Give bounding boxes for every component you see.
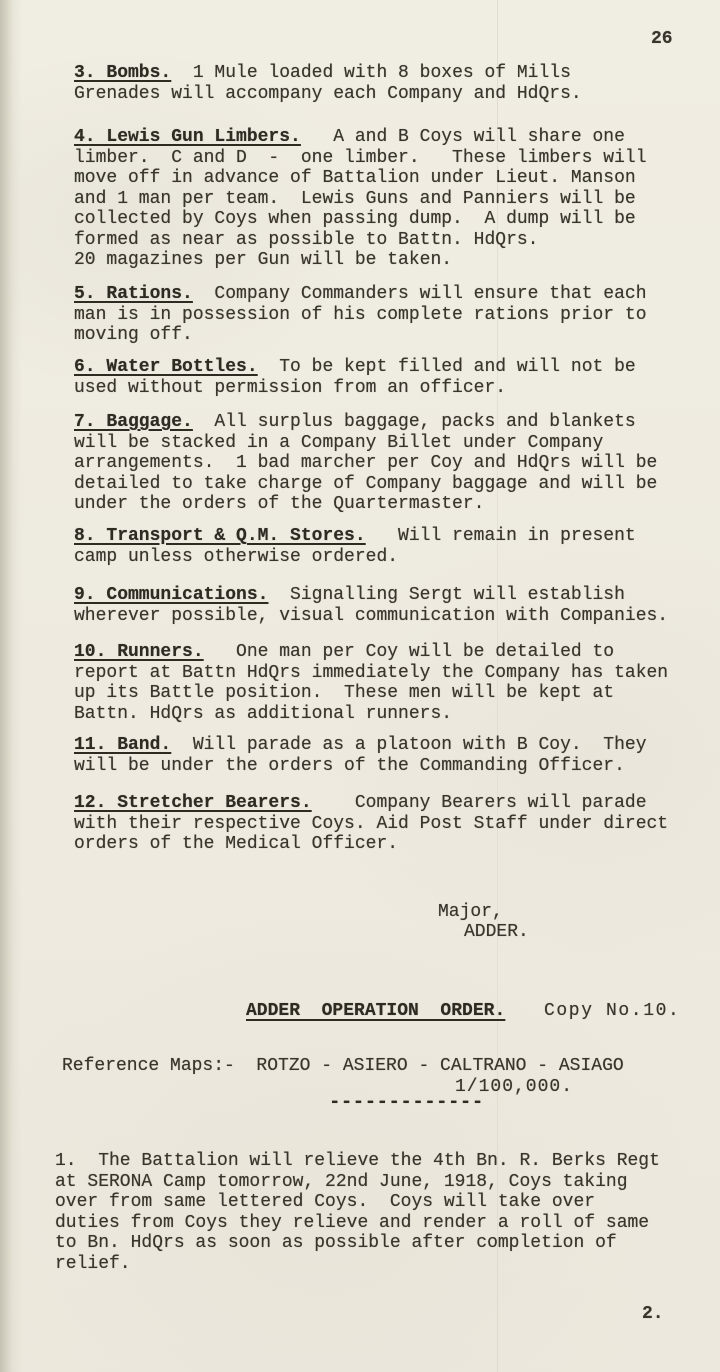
section-heading-rations: 5. Rations. <box>74 284 193 304</box>
document-page: 26 3. Bombs. 1 Mule loaded with 8 boxes … <box>0 0 720 1372</box>
section-transport-qm-stores: 8. Transport & Q.M. Stores. Will remain … <box>74 526 692 567</box>
section-heading-communications: 9. Communications. <box>74 585 268 605</box>
section-stretcher-bearers: 12. Stretcher Bearers. Company Bearers w… <box>74 793 692 855</box>
section-heading-baggage: 7. Baggage. <box>74 412 193 432</box>
scan-edge-shadow <box>0 0 22 1372</box>
signature-rank: Major, <box>438 902 503 923</box>
order-title: ADDER OPERATION ORDER. <box>246 1001 505 1022</box>
section-heading-lewis-gun-limbers: 4. Lewis Gun Limbers. <box>74 127 301 147</box>
signature-name: ADDER. <box>464 922 529 943</box>
order-paragraph-1: 1. The Battalion will relieve the 4th Bn… <box>55 1151 715 1274</box>
section-water-bottles: 6. Water Bottles. To be kept filled and … <box>74 357 692 398</box>
dashed-separator: ------------- <box>329 1092 484 1113</box>
section-lewis-gun-limbers: 4. Lewis Gun Limbers. A and B Coys will … <box>74 127 692 271</box>
section-heading-bombs: 3. Bombs. <box>74 63 171 83</box>
section-heading-runners: 10. Runners. <box>74 642 204 662</box>
section-heading-water-bottles: 6. Water Bottles. <box>74 357 258 377</box>
page-number-top: 26 <box>651 29 673 50</box>
page-number-bottom: 2. <box>642 1304 664 1325</box>
section-band: 11. Band. Will parade as a platoon with … <box>74 735 692 776</box>
section-rations: 5. Rations. Company Commanders will ensu… <box>74 284 692 346</box>
section-runners: 10. Runners. One man per Coy will be det… <box>74 642 692 724</box>
reference-maps-line: Reference Maps:- ROTZO - ASIERO - CALTRA… <box>62 1056 624 1077</box>
section-bombs: 3. Bombs. 1 Mule loaded with 8 boxes of … <box>74 63 692 104</box>
section-baggage: 7. Baggage. All surplus baggage, packs a… <box>74 412 692 515</box>
section-heading-stretcher-bearers: 12. Stretcher Bearers. <box>74 793 312 813</box>
section-body-lewis-gun-limbers: A and B Coys will share one limber. C an… <box>74 127 647 270</box>
section-heading-transport-qm-stores: 8. Transport & Q.M. Stores. <box>74 526 366 546</box>
section-communications: 9. Communications. Signalling Sergt will… <box>74 585 692 626</box>
section-heading-band: 11. Band. <box>74 735 171 755</box>
copy-number: Copy No.10. <box>544 1001 680 1022</box>
